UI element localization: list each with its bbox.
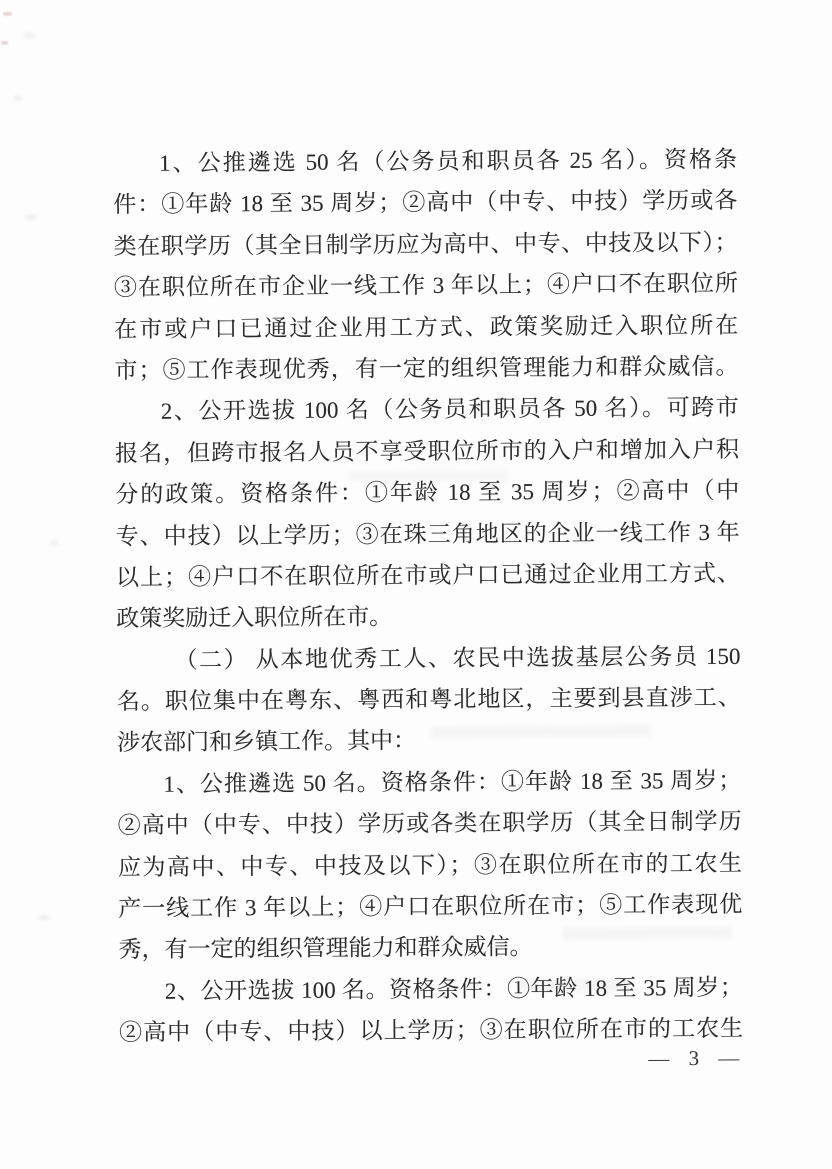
- text-line: 件：①年龄 18 至 35 周岁；②高中（中专、中技）学历或各: [113, 180, 737, 226]
- scan-artifact: [50, 540, 59, 545]
- scan-bleedthrough: [349, 469, 509, 482]
- text-line: 专、中技）以上学历；③在珠三角地区的企业一线工作 3 年: [116, 511, 740, 557]
- text-line: ②高中（中专、中技）学历或各类在职学历（其全日制学历: [118, 801, 742, 847]
- scan-artifact: [38, 915, 49, 921]
- text-line: 2、公开选拔 100 名。资格条件：①年龄 18 至 35 周岁；: [119, 967, 743, 1013]
- text-line: 1、公推遴选 50 名（公务员和职员各 25 名）。资格条: [113, 139, 737, 185]
- scan-artifact: [3, 12, 12, 16]
- scan-content: 1、公推遴选 50 名（公务员和职员各 25 名）。资格条 件：①年龄 18 至…: [0, 0, 832, 1169]
- scan-bleedthrough: [518, 979, 628, 993]
- scan-bleedthrough: [562, 926, 732, 940]
- text-line: 名。职位集中在粤东、粤西和粤北地区，主要到县直涉工、: [117, 677, 741, 723]
- scan-artifact: [14, 96, 23, 101]
- text-line: 政策奖励迁入职位所在市。: [116, 594, 740, 640]
- text-line: 产一线工作 3 年以上；④户口在职位所在市；⑤工作表现优: [118, 884, 742, 930]
- scan-artifact: [24, 215, 37, 220]
- text-line: （二） 从本地优秀工人、农民中选拔基层公务员 150: [116, 635, 740, 681]
- text-line: 2、公开选拔 100 名（公务员和职员各 50 名）。可跨市: [115, 387, 739, 433]
- text-line: 1、公推遴选 50 名。资格条件：①年龄 18 至 35 周岁；: [117, 760, 741, 806]
- text-line: 报名，但跨市报名人员不享受职位所市的入户和增加入户积: [115, 428, 739, 474]
- text-line: 以上；④户口不在职位所在市或户口已通过企业用工方式、: [116, 553, 740, 599]
- document-body: 1、公推遴选 50 名（公务员和职员各 25 名）。资格条 件：①年龄 18 至…: [113, 139, 743, 1054]
- text-line: 在市或户口已通过企业用工方式、政策奖励迁入职位所在: [114, 304, 738, 350]
- scan-bleedthrough: [431, 724, 651, 739]
- text-line: ③在职位所在市企业一线工作 3 年以上；④户口不在职位所: [114, 263, 738, 309]
- text-line: 市；⑤工作表现优秀，有一定的组织管理能力和群众威信。: [114, 346, 738, 392]
- text-line: 类在职学历（其全日制学历应为高中、中专、中技及以下）；: [113, 222, 737, 268]
- scan-artifact: [23, 33, 35, 39]
- page-number: — 3 —: [648, 1046, 746, 1072]
- scanned-document-page: 1、公推遴选 50 名（公务员和职员各 25 名）。资格条 件：①年龄 18 至…: [0, 0, 832, 1169]
- text-line: 应为高中、中专、中技及以下）；③在职位所在市的工农生: [118, 842, 742, 888]
- scan-artifact: [1, 41, 8, 45]
